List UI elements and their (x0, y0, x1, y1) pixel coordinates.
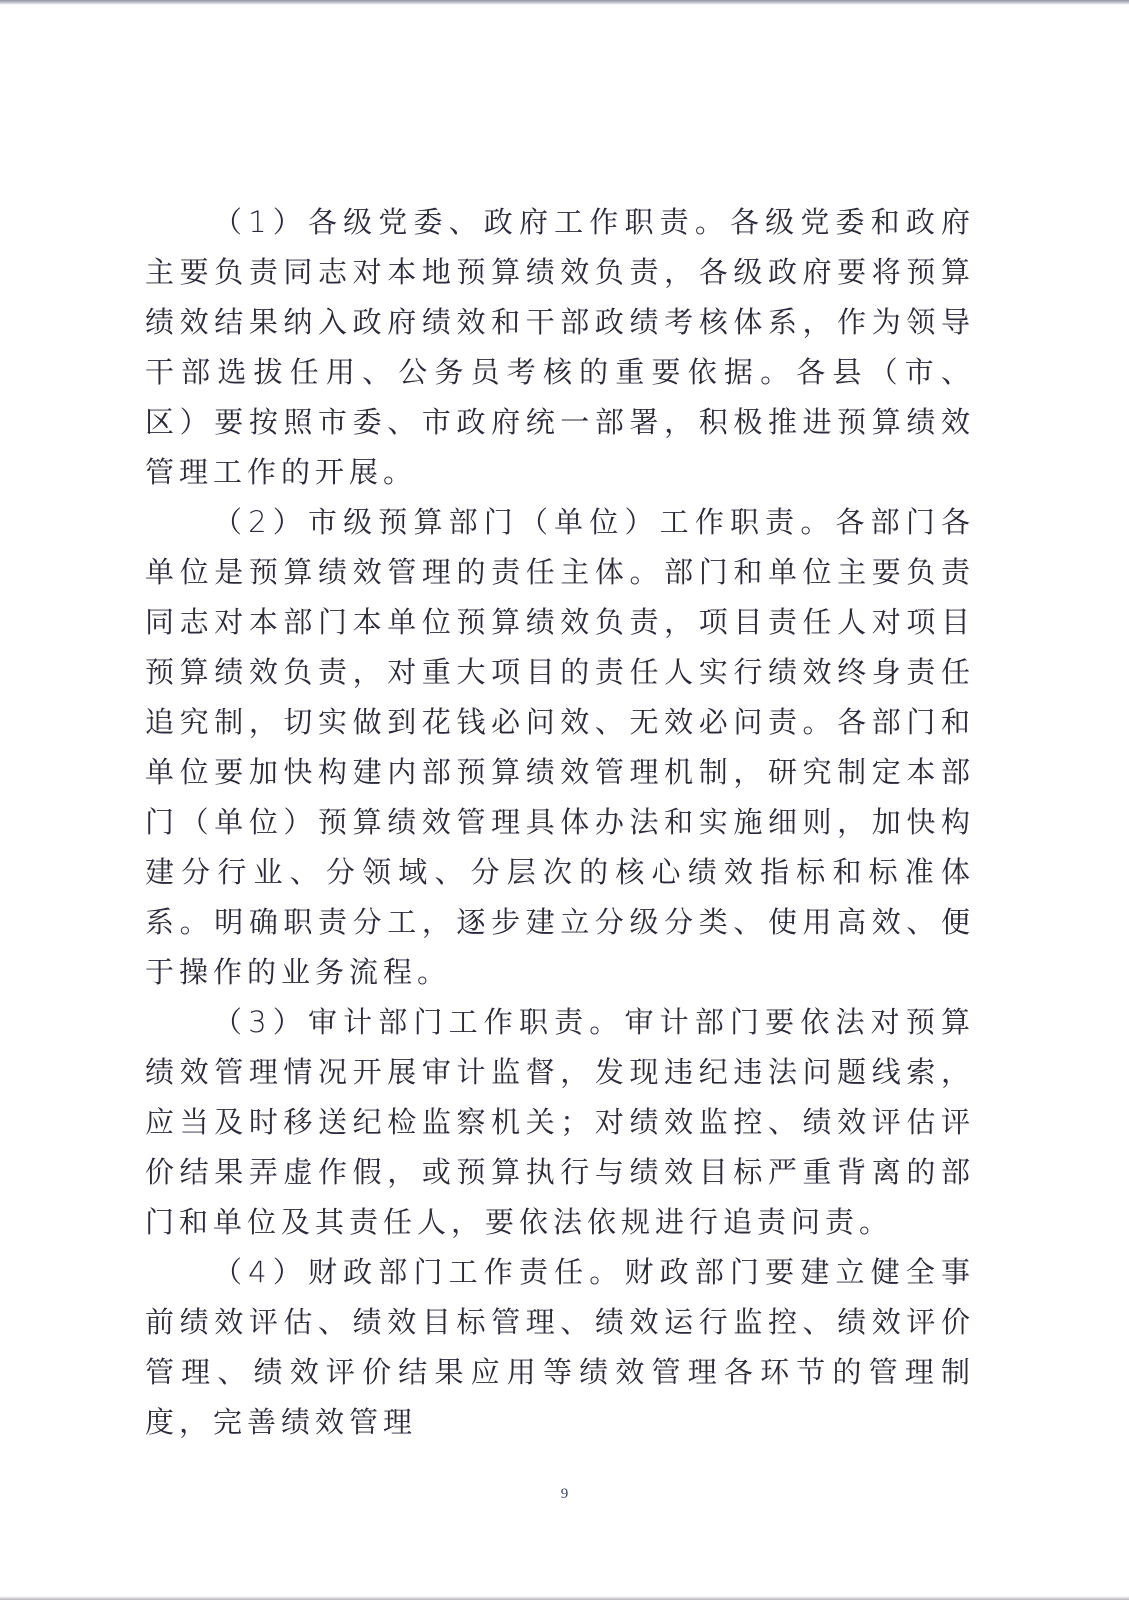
page-number: 9 (0, 1486, 1129, 1503)
paragraph-party-government-duties: （1）各级党委、政府工作职责。各级党委和政府主要负责同志对本地预算绩效负责，各级… (145, 197, 975, 497)
document-body: （1）各级党委、政府工作职责。各级党委和政府主要负责同志对本地预算绩效负责，各级… (145, 197, 975, 1447)
scan-bottom-edge (0, 1596, 1129, 1600)
paragraph-finance-department-duties: （4）财政部门工作责任。财政部门要建立健全事前绩效评估、绩效目标管理、绩效运行监… (145, 1247, 975, 1447)
scan-top-edge (0, 0, 1129, 5)
paragraph-audit-department-duties: （3）审计部门工作职责。审计部门要依法对预算绩效管理情况开展审计监督，发现违纪违… (145, 997, 975, 1247)
paragraph-budget-department-duties: （2）市级预算部门（单位）工作职责。各部门各单位是预算绩效管理的责任主体。部门和… (145, 497, 975, 997)
